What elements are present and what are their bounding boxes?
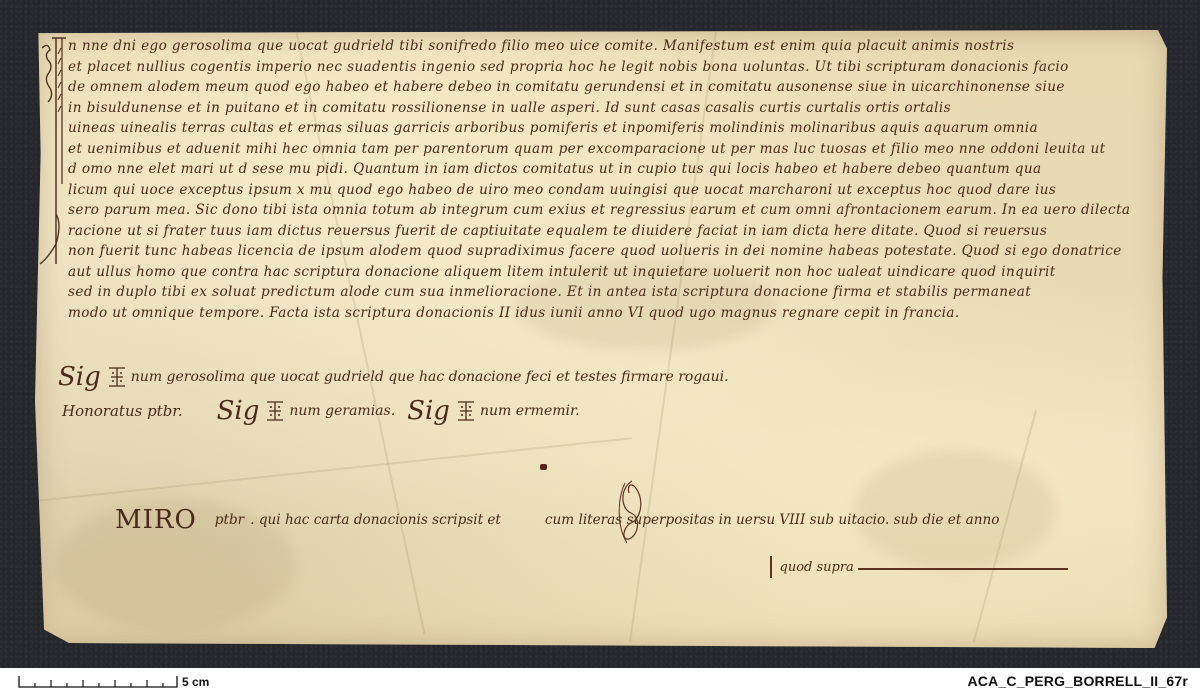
scribe-title: ptbr [215, 512, 244, 528]
signum-cross-icon [107, 366, 127, 388]
text-line-8: licum qui uoce exceptus ipsum x mu quod … [68, 180, 1158, 201]
text-line-14: modo ut omnique tempore. Facta ista scri… [68, 303, 1158, 324]
text-line-13: sed in duplo tibi ex soluat predictum al… [68, 282, 1158, 303]
signum-cross-icon [456, 400, 476, 422]
scale-label: 5 cm [182, 675, 209, 689]
text-line-6: et uenimibus et aduenit mihi hec omnia t… [68, 139, 1158, 160]
scribe-subscription: MIRO ptbr . qui hac carta donacionis scr… [115, 505, 999, 535]
scribe-text-continued: cum literas superpositas in uersu VIII s… [545, 512, 1000, 528]
text-line-7: d omo nne elet mari ut d sese mu pidi. Q… [68, 159, 1158, 180]
text-line-2: et placet nullius cogentis imperio nec s… [68, 57, 1158, 78]
subscriptions: Sig num gerosolima que uocat gudrield qu… [58, 360, 729, 428]
text-line-1: n nne dni ego gerosolima que uocat gudri… [68, 36, 1158, 57]
subscription-donor: Sig num gerosolima que uocat gudrield qu… [58, 360, 729, 394]
vertical-stroke [770, 556, 772, 578]
witness-geramias: num geramias. [289, 394, 395, 428]
scribe-signum-icon [617, 479, 647, 545]
document-viewer: n nne dni ego gerosolima que uocat gudri… [0, 0, 1200, 695]
scale-ruler-icon [18, 676, 178, 688]
sig-prefix: Sig [217, 394, 260, 428]
closing-formula: quod supra [770, 556, 1068, 578]
witness-ermemir: num ermemir. [480, 394, 580, 428]
closing-rule [858, 568, 1068, 570]
text-line-4: in bisuldunense et in puitano et in comi… [68, 98, 1158, 119]
signum-cross-icon [265, 400, 285, 422]
archive-reference: ACA_C_PERG_BORRELL_II_67r [967, 673, 1188, 689]
charter-text: n nne dni ego gerosolima que uocat gudri… [68, 36, 1158, 323]
scribe-text: . qui hac carta donacionis scripsit et [250, 512, 501, 528]
subscription-witnesses: Honoratus ptbr. Sig num geramias. Sig nu… [58, 394, 729, 428]
text-line-3: de omnem alodem meum quod ego habeo et h… [68, 77, 1158, 98]
scribe-name: MIRO [115, 505, 197, 535]
text-line-11: non fuerit tunc habeas licencia de ipsum… [68, 241, 1158, 262]
subscription-text: num gerosolima que uocat gudrield que ha… [131, 360, 729, 394]
sig-prefix: Sig [58, 360, 101, 394]
witness-honoratus: Honoratus ptbr. [62, 394, 183, 428]
text-line-12: aut ullus homo que contra hac scriptura … [68, 262, 1158, 283]
text-line-9: sero parum mea. Sic dono tibi ista omnia… [68, 200, 1158, 221]
text-line-5: uineas uinealis terras cultas et ermas s… [68, 118, 1158, 139]
text-line-10: racione ut si frater tuus iam dictus reu… [68, 221, 1158, 242]
decorated-initial-icon [38, 34, 70, 269]
closing-text: quod supra [780, 560, 854, 575]
sig-prefix: Sig [407, 394, 450, 428]
ink-spot [540, 464, 547, 470]
